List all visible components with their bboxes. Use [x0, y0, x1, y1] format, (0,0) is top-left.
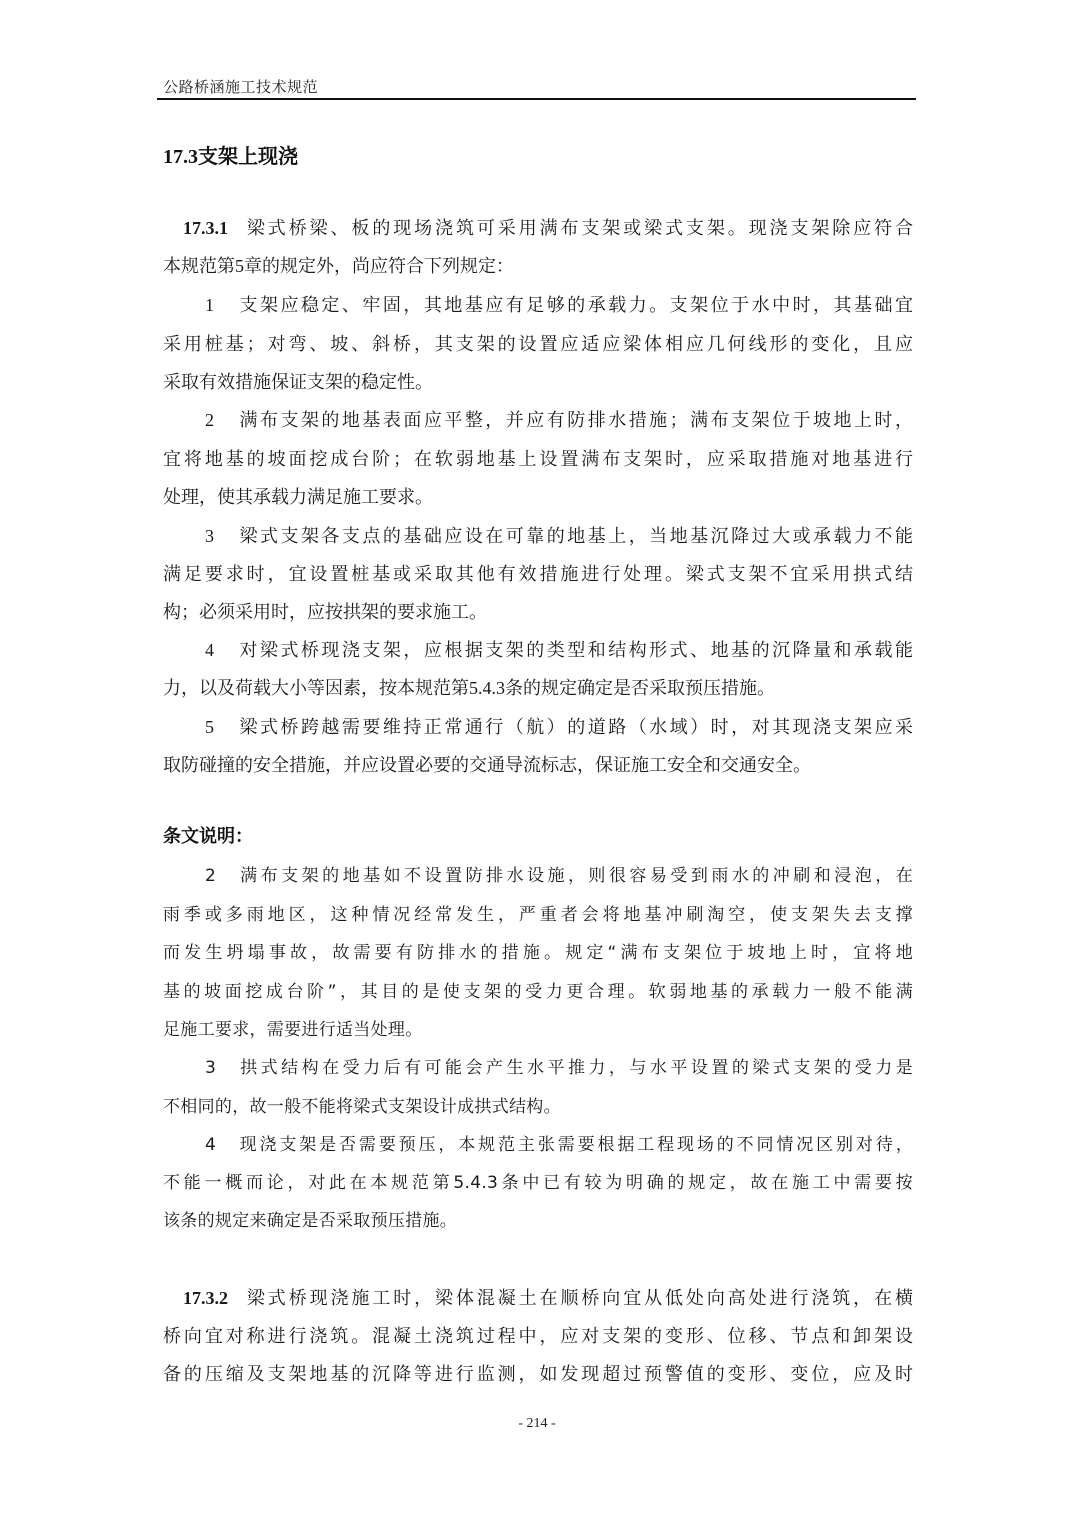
item-text: 梁式支架各支点的基础应设在可靠的地基上，当地基沉降过大或承载力不能	[237, 526, 913, 546]
item-text: 支架应稳定、牢固，其地基应有足够的承载力。支架位于水中时，其基础宜	[237, 295, 913, 315]
commentary-item-2-line-4: 基的坡面挖成台阶”，其目的是使支架的受力更合理。软弱地基的承载力一般不能满	[163, 980, 913, 1004]
clause-item-3-line-2: 满足要求时，宜设置桩基或采取其他有效措施进行处理。梁式支架不宜采用拱式结	[163, 562, 913, 586]
page-number: - 214 -	[0, 1416, 1074, 1432]
running-header-title: 公路桥涵施工技术规范	[163, 76, 318, 97]
clause-17-3-2-line-2: 桥向宜对称进行浇筑。混凝土浇筑过程中，应对支架的变形、位移、节点和卸架设	[163, 1324, 913, 1348]
item-number: 2	[205, 408, 237, 432]
clause-item-1-line-1: 1支架应稳定、牢固，其地基应有足够的承载力。支架位于水中时，其基础宜	[163, 293, 913, 317]
commentary-item-4-line-3: 该条的规定来确定是否采取预压措施。	[163, 1209, 913, 1233]
clause-17-3-1-line-2: 本规范第5章的规定外，尚应符合下列规定：	[163, 254, 913, 278]
clause-number: 17.3.1	[183, 218, 228, 238]
commentary-item-2-line-5: 足施工要求，需要进行适当处理。	[163, 1018, 913, 1042]
clause-item-5-line-1: 5梁式桥跨越需要维持正常通行（航）的道路（水域）时，对其现浇支架应采	[163, 715, 913, 739]
clause-item-3-line-1: 3梁式支架各支点的基础应设在可靠的地基上，当地基沉降过大或承载力不能	[163, 524, 913, 548]
commentary-item-3-line-1: 3拱式结构在受力后有可能会产生水平推力，与水平设置的梁式支架的受力是	[163, 1056, 913, 1080]
commentary-item-2-line-2: 雨季或多雨地区，这种情况经常发生，严重者会将地基冲刷淘空，使支架失去支撑	[163, 903, 913, 927]
header-divider	[157, 98, 916, 100]
item-text: 现浇支架是否需要预压，本规范主张需要根据工程现场的不同情况区别对待，	[237, 1135, 913, 1155]
item-number: 3	[205, 1056, 237, 1080]
clause-17-3-2-line-3: 备的压缩及支架地基的沉降等进行监测，如发现超过预警值的变形、变位，应及时	[163, 1362, 913, 1386]
clause-number: 17.3.2	[183, 1288, 228, 1308]
item-number: 4	[205, 638, 237, 662]
commentary-heading: 条文说明：	[163, 822, 253, 848]
clause-17-3-2-line-1: 17.3.2梁式桥现浇施工时，梁体混凝土在顺桥向宜从低处向高处进行浇筑，在横	[163, 1286, 913, 1310]
clause-item-2-line-2: 宜将地基的坡面挖成台阶；在软弱地基上设置满布支架时，应采取措施对地基进行	[163, 447, 913, 471]
item-text: 拱式结构在受力后有可能会产生水平推力，与水平设置的梁式支架的受力是	[237, 1058, 913, 1078]
commentary-item-2-line-3: 而发生坍塌事故，故需要有防排水的措施。规定“满布支架位于坡地上时，宜将地	[163, 941, 913, 965]
clause-text: 梁式桥现浇施工时，梁体混凝土在顺桥向宜从低处向高处进行浇筑，在横	[244, 1288, 913, 1308]
section-heading: 17.3支架上现浇	[163, 140, 298, 169]
clause-17-3-1-line-1: 17.3.1梁式桥梁、板的现场浇筑可采用满布支架或梁式支架。现浇支架除应符合	[163, 216, 913, 240]
commentary-item-3-line-2: 不相同的，故一般不能将梁式支架设计成拱式结构。	[163, 1095, 913, 1119]
item-text: 满布支架的地基表面应平整，并应有防排水措施；满布支架位于坡地上时，	[237, 410, 913, 430]
item-text: 满布支架的地基如不设置防排水设施，则很容易受到雨水的冲刷和浸泡，在	[237, 866, 913, 886]
clause-item-1-line-2: 采用桩基；对弯、坡、斜桥，其支架的设置应适应梁体相应几何线形的变化，且应	[163, 332, 913, 356]
item-number: 3	[205, 524, 237, 548]
clause-item-1-line-3: 采取有效措施保证支架的稳定性。	[163, 370, 913, 394]
commentary-item-2-line-1: 2满布支架的地基如不设置防排水设施，则很容易受到雨水的冲刷和浸泡，在	[163, 864, 913, 888]
item-text: 对梁式桥现浇支架，应根据支架的类型和结构形式、地基的沉降量和承载能	[237, 640, 913, 660]
clause-item-4-line-2: 力，以及荷载大小等因素，按本规范第5.4.3条的规定确定是否采取预压措施。	[163, 676, 913, 700]
clause-item-2-line-1: 2满布支架的地基表面应平整，并应有防排水措施；满布支架位于坡地上时，	[163, 408, 913, 432]
clause-item-4-line-1: 4对梁式桥现浇支架，应根据支架的类型和结构形式、地基的沉降量和承载能	[163, 638, 913, 662]
item-number: 5	[205, 715, 237, 739]
clause-item-2-line-3: 处理，使其承载力满足施工要求。	[163, 485, 913, 509]
clause-item-5-line-2: 取防碰撞的安全措施，并应设置必要的交通导流标志，保证施工安全和交通安全。	[163, 753, 913, 777]
item-number: 2	[205, 864, 237, 888]
item-number: 4	[205, 1133, 237, 1157]
clause-text: 梁式桥梁、板的现场浇筑可采用满布支架或梁式支架。现浇支架除应符合	[244, 218, 913, 238]
commentary-item-4-line-2: 不能一概而论，对此在本规范第5.4.3条中已有较为明确的规定，故在施工中需要按	[163, 1171, 913, 1195]
commentary-item-4-line-1: 4现浇支架是否需要预压，本规范主张需要根据工程现场的不同情况区别对待，	[163, 1133, 913, 1157]
item-number: 1	[205, 293, 237, 317]
clause-item-3-line-3: 构；必须采用时，应按拱架的要求施工。	[163, 600, 913, 624]
item-text: 梁式桥跨越需要维持正常通行（航）的道路（水域）时，对其现浇支架应采	[237, 717, 913, 737]
